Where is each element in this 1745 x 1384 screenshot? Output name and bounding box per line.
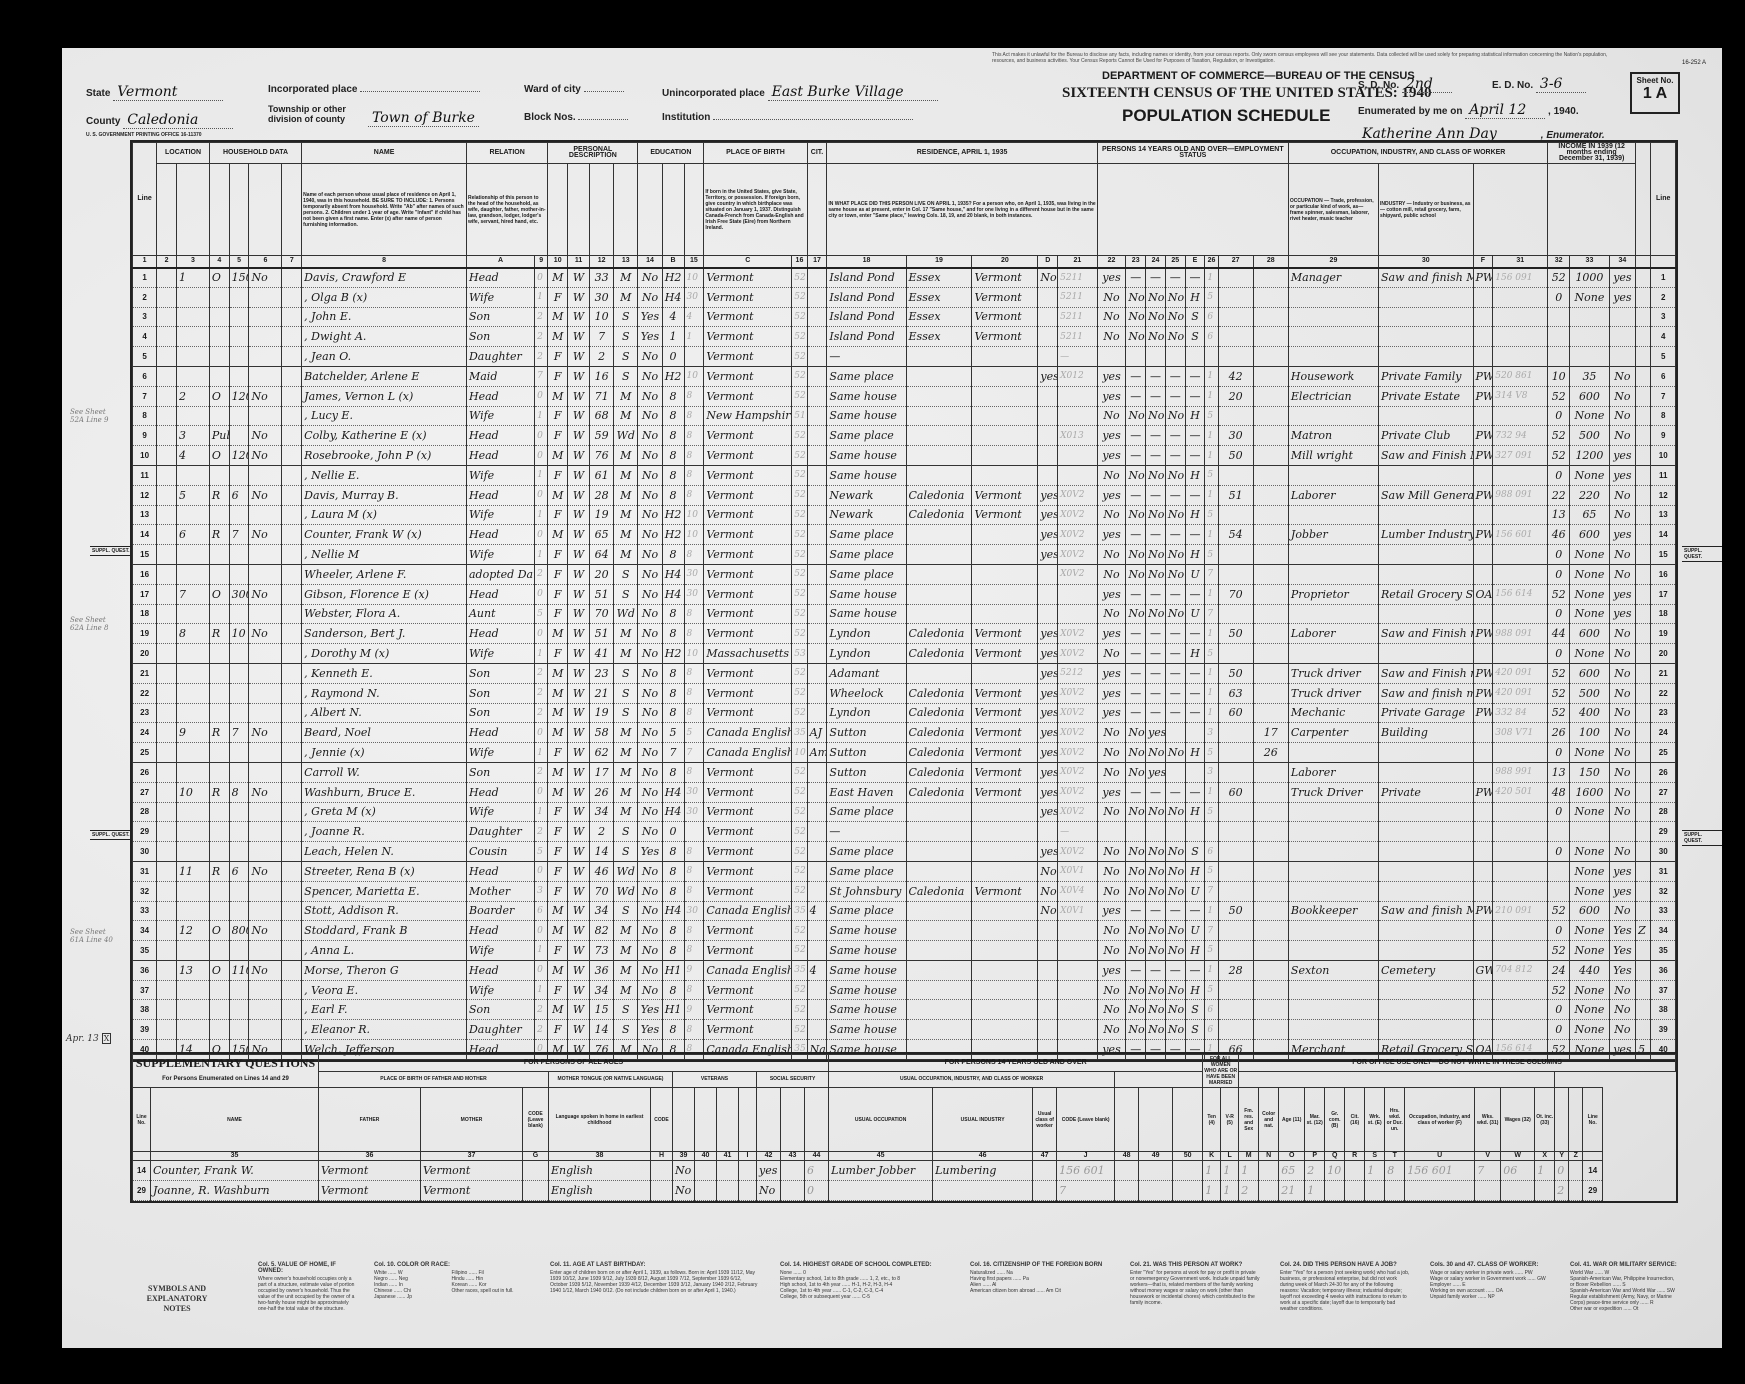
cell-class[interactable]: PW (1473, 782, 1493, 802)
cell-marital[interactable]: S (614, 1020, 638, 1040)
cell-age[interactable]: 70 (590, 604, 614, 624)
cell-code-a[interactable]: 2 (535, 327, 548, 347)
cell-res-county[interactable]: Essex (906, 307, 972, 327)
cell-c24[interactable]: No (1165, 921, 1185, 941)
cell-c25[interactable]: — (1185, 584, 1205, 604)
supp-cell-s[interactable] (1365, 1181, 1385, 1201)
cell-c27[interactable] (1253, 881, 1288, 901)
cell-code-a[interactable]: 1 (535, 941, 548, 961)
cell-c34[interactable] (1636, 802, 1651, 822)
cell-c24[interactable]: No (1165, 1020, 1185, 1040)
cell-owned[interactable] (209, 545, 229, 565)
cell-birth[interactable]: Vermont (704, 287, 792, 307)
cell-code-d[interactable]: X0V2 (1058, 782, 1098, 802)
cell-owned[interactable] (209, 683, 229, 703)
cell-grade[interactable]: 8 (662, 446, 684, 466)
cell-name[interactable]: Stott, Addison R. (302, 901, 467, 921)
cell-res-farm[interactable]: No (1038, 861, 1058, 881)
cell-c25[interactable]: H (1185, 802, 1205, 822)
cell-c24[interactable]: No (1165, 861, 1185, 881)
cell-other-income[interactable]: No (1609, 1020, 1635, 1040)
cell-farm[interactable] (249, 743, 282, 763)
cell-res-city[interactable]: Same house (827, 406, 906, 426)
cell-c34[interactable] (1636, 762, 1651, 782)
cell-farm[interactable] (249, 406, 282, 426)
cell-birth[interactable]: Vermont (704, 842, 792, 862)
cell-code-f[interactable]: 156 091 (1493, 268, 1548, 288)
cell-c23[interactable]: — (1146, 663, 1166, 683)
cell-grade[interactable]: 8 (662, 703, 684, 723)
cell-relation[interactable]: Head (466, 960, 534, 980)
cell-c26[interactable] (1218, 268, 1253, 288)
cell-school[interactable]: Yes (638, 327, 662, 347)
cell-farm[interactable]: No (249, 782, 282, 802)
cell-grade[interactable]: 8 (662, 762, 684, 782)
supp-cell-code-j[interactable]: 156 601 (1057, 1161, 1115, 1181)
cell-age[interactable]: 17 (590, 762, 614, 782)
cell-street[interactable] (157, 584, 177, 604)
cell-name[interactable]: Webster, Flora A. (302, 604, 467, 624)
cell-school[interactable]: No (638, 446, 662, 466)
cell-c27[interactable] (1253, 941, 1288, 961)
cell-age[interactable]: 36 (590, 960, 614, 980)
cell-occupation[interactable] (1288, 881, 1378, 901)
cell-occupation[interactable]: Sexton (1288, 960, 1378, 980)
cell-weeks[interactable]: 0 (1548, 545, 1570, 565)
cell-street[interactable] (157, 545, 177, 565)
cell-birth[interactable]: Vermont (704, 386, 792, 406)
cell-age[interactable]: 30 (590, 287, 614, 307)
cell-code-c[interactable]: 52 (792, 386, 807, 406)
cell-code-d[interactable] (1058, 465, 1098, 485)
cell-c22[interactable]: — (1126, 426, 1146, 446)
supp-cell-c43[interactable] (781, 1181, 805, 1201)
supp-cell-y[interactable]: 2 (1555, 1181, 1569, 1201)
cell-marital[interactable]: S (614, 366, 638, 386)
cell-rent-farm[interactable] (282, 1000, 302, 1020)
cell-rent-farm[interactable] (282, 960, 302, 980)
cell-class[interactable]: PW (1473, 624, 1493, 644)
cell-c25[interactable]: S (1185, 327, 1205, 347)
cell-rent-farm[interactable] (282, 564, 302, 584)
cell-weeks[interactable]: 0 (1548, 842, 1570, 862)
cell-code-b[interactable]: 30 (684, 287, 704, 307)
cell-farm[interactable] (249, 545, 282, 565)
cell-value[interactable] (229, 683, 249, 703)
cell-name[interactable]: , Lucy E. (302, 406, 467, 426)
cell-street[interactable] (157, 663, 177, 683)
cell-house[interactable] (176, 802, 209, 822)
supp-cell-name[interactable]: Joanne, R. Washburn (151, 1181, 319, 1201)
cell-c26[interactable] (1218, 822, 1253, 842)
supp-cell-z[interactable] (1569, 1181, 1583, 1201)
cell-c25[interactable]: — (1185, 703, 1205, 723)
cell-res-city[interactable]: Same house (827, 584, 906, 604)
cell-industry[interactable]: Saw Mill General helper (1379, 485, 1474, 505)
cell-res-farm[interactable]: yes (1038, 842, 1058, 862)
cell-c22[interactable]: No (1126, 802, 1146, 822)
cell-street[interactable] (157, 327, 177, 347)
cell-res-city[interactable]: Island Pond (827, 307, 906, 327)
cell-c26[interactable]: 28 (1218, 960, 1253, 980)
cell-grade[interactable]: H2 (662, 525, 684, 545)
cell-value[interactable]: 1500 (229, 268, 249, 288)
cell-occupation[interactable] (1288, 564, 1378, 584)
cell-res-city[interactable]: Same house (827, 604, 906, 624)
cell-weeks[interactable]: 52 (1548, 426, 1570, 446)
cell-grade[interactable]: 1 (662, 327, 684, 347)
cell-res-farm[interactable] (1038, 1020, 1058, 1040)
cell-race[interactable]: W (568, 465, 590, 485)
cell-industry[interactable]: Saw and Finish mill (1379, 663, 1474, 683)
cell-weeks[interactable] (1548, 822, 1570, 842)
cell-res-state[interactable] (972, 564, 1038, 584)
cell-c21[interactable]: No (1097, 802, 1126, 822)
cell-code-a[interactable]: 1 (535, 644, 548, 664)
cell-res-city[interactable]: — (827, 347, 906, 367)
cell-rent-farm[interactable] (282, 663, 302, 683)
cell-c23[interactable]: — (1146, 366, 1166, 386)
cell-res-state[interactable] (972, 822, 1038, 842)
cell-rent-farm[interactable] (282, 386, 302, 406)
cell-other-income[interactable]: No (1609, 703, 1635, 723)
cell-c23[interactable]: No (1146, 604, 1166, 624)
cell-res-city[interactable]: Adamant (827, 663, 906, 683)
supp-cell-u[interactable] (1405, 1181, 1475, 1201)
cell-citizen[interactable]: AJ (807, 723, 827, 743)
cell-res-farm[interactable] (1038, 386, 1058, 406)
cell-code-c[interactable]: 35 (792, 723, 807, 743)
cell-c27[interactable] (1253, 960, 1288, 980)
cell-street[interactable] (157, 307, 177, 327)
cell-street[interactable] (157, 604, 177, 624)
cell-wages[interactable]: 600 (1570, 901, 1610, 921)
cell-citizen[interactable] (807, 980, 827, 1000)
cell-code-d[interactable] (1058, 604, 1098, 624)
cell-rent-farm[interactable] (282, 604, 302, 624)
cell-age[interactable]: 2 (590, 822, 614, 842)
cell-c21[interactable]: No (1097, 881, 1126, 901)
cell-value[interactable] (229, 406, 249, 426)
cell-c22[interactable]: No (1126, 545, 1146, 565)
cell-res-county[interactable] (906, 861, 972, 881)
cell-birth[interactable]: Massachusetts (704, 644, 792, 664)
cell-code-b[interactable]: 10 (684, 505, 704, 525)
cell-birth[interactable]: Vermont (704, 881, 792, 901)
cell-occupation[interactable]: Carpenter (1288, 723, 1378, 743)
cell-age[interactable]: 28 (590, 485, 614, 505)
cell-marital[interactable]: S (614, 683, 638, 703)
cell-race[interactable]: W (568, 881, 590, 901)
cell-name[interactable]: Gibson, Florence E (x) (302, 584, 467, 604)
cell-c21[interactable]: No (1097, 842, 1126, 862)
cell-c24[interactable]: — (1165, 624, 1185, 644)
cell-c24[interactable]: — (1165, 268, 1185, 288)
cell-rent-farm[interactable] (282, 822, 302, 842)
cell-citizen[interactable] (807, 545, 827, 565)
cell-code-d[interactable] (1058, 980, 1098, 1000)
cell-code-b[interactable]: 8 (684, 881, 704, 901)
cell-code-d[interactable]: X0V2 (1058, 525, 1098, 545)
supp-cell-usual-industry[interactable]: Lumbering (933, 1161, 1033, 1181)
cell-c27[interactable] (1253, 822, 1288, 842)
cell-res-city[interactable]: Newark (827, 505, 906, 525)
supp-cell-s[interactable]: 1 (1365, 1161, 1385, 1181)
cell-street[interactable] (157, 921, 177, 941)
cell-code-b[interactable]: 30 (684, 584, 704, 604)
cell-c34[interactable] (1636, 822, 1651, 842)
cell-age[interactable]: 34 (590, 802, 614, 822)
cell-code-b[interactable]: 8 (684, 406, 704, 426)
cell-c25[interactable]: H (1185, 406, 1205, 426)
cell-farm[interactable] (249, 465, 282, 485)
cell-house[interactable]: 8 (176, 624, 209, 644)
cell-code-f[interactable] (1493, 406, 1548, 426)
cell-res-state[interactable]: Vermont (972, 762, 1038, 782)
cell-res-county[interactable] (906, 1000, 972, 1020)
cell-race[interactable]: W (568, 703, 590, 723)
cell-class[interactable]: PW (1473, 386, 1493, 406)
cell-relation[interactable]: Head (466, 268, 534, 288)
cell-code-a[interactable]: 1 (535, 743, 548, 763)
cell-code-c[interactable]: 52 (792, 465, 807, 485)
supp-cell-c42[interactable]: yes (757, 1161, 781, 1181)
cell-value[interactable] (229, 980, 249, 1000)
cell-code-a[interactable]: 0 (535, 446, 548, 466)
cell-birth[interactable]: Vermont (704, 941, 792, 961)
cell-school[interactable]: No (638, 941, 662, 961)
cell-farm[interactable] (249, 881, 282, 901)
cell-relation[interactable]: Head (466, 485, 534, 505)
cell-res-state[interactable]: Vermont (972, 723, 1038, 743)
cell-owned[interactable]: O (209, 960, 229, 980)
cell-c27[interactable] (1253, 465, 1288, 485)
cell-c25[interactable]: S (1185, 842, 1205, 862)
cell-school[interactable]: No (638, 584, 662, 604)
cell-school[interactable]: No (638, 644, 662, 664)
cell-house[interactable]: 13 (176, 960, 209, 980)
cell-farm[interactable]: No (249, 624, 282, 644)
cell-res-farm[interactable] (1038, 406, 1058, 426)
cell-other-income[interactable]: No (1609, 624, 1635, 644)
cell-code-a[interactable]: 0 (535, 624, 548, 644)
cell-c27[interactable] (1253, 1000, 1288, 1020)
cell-rent-farm[interactable] (282, 406, 302, 426)
cell-code-e[interactable]: 1 (1205, 782, 1218, 802)
cell-weeks[interactable]: 22 (1548, 485, 1570, 505)
cell-weeks[interactable]: 0 (1548, 1000, 1570, 1020)
cell-school[interactable]: No (638, 347, 662, 367)
supp-cell-usual-industry[interactable] (933, 1181, 1033, 1201)
cell-school[interactable]: No (638, 762, 662, 782)
cell-code-f[interactable] (1493, 545, 1548, 565)
cell-wages[interactable]: 100 (1570, 723, 1610, 743)
supp-cell-c41[interactable] (717, 1181, 739, 1201)
cell-c26[interactable] (1218, 545, 1253, 565)
cell-sex[interactable]: M (548, 901, 568, 921)
cell-c21[interactable]: yes (1097, 525, 1126, 545)
cell-wages[interactable] (1570, 327, 1610, 347)
cell-birth[interactable]: Vermont (704, 1020, 792, 1040)
cell-occupation[interactable]: Manager (1288, 268, 1378, 288)
cell-marital[interactable]: M (614, 268, 638, 288)
cell-res-state[interactable] (972, 663, 1038, 683)
cell-owned[interactable] (209, 347, 229, 367)
cell-house[interactable] (176, 505, 209, 525)
cell-name[interactable]: , Nellie M (302, 545, 467, 565)
cell-code-e[interactable]: 5 (1205, 287, 1218, 307)
cell-res-state[interactable]: Vermont (972, 287, 1038, 307)
cell-grade[interactable]: 8 (662, 941, 684, 961)
cell-code-b[interactable]: 8 (684, 980, 704, 1000)
cell-name[interactable]: , Laura M (x) (302, 505, 467, 525)
cell-code-e[interactable]: 1 (1205, 901, 1218, 921)
cell-wages[interactable]: 1000 (1570, 268, 1610, 288)
cell-citizen[interactable] (807, 683, 827, 703)
cell-c27[interactable] (1253, 901, 1288, 921)
cell-street[interactable] (157, 762, 177, 782)
cell-c23[interactable]: No (1146, 941, 1166, 961)
cell-res-county[interactable] (906, 663, 972, 683)
cell-code-c[interactable]: 52 (792, 1000, 807, 1020)
cell-house[interactable] (176, 366, 209, 386)
cell-c23[interactable]: No (1146, 743, 1166, 763)
cell-c24[interactable]: — (1165, 782, 1185, 802)
cell-c34[interactable] (1636, 426, 1651, 446)
cell-other-income[interactable]: No (1609, 980, 1635, 1000)
cell-occupation[interactable]: Mechanic (1288, 703, 1378, 723)
cell-industry[interactable]: Private Estate (1379, 386, 1474, 406)
cell-code-b[interactable]: 30 (684, 901, 704, 921)
cell-sex[interactable]: M (548, 663, 568, 683)
cell-house[interactable] (176, 762, 209, 782)
cell-code-f[interactable]: 988 991 (1493, 762, 1548, 782)
cell-occupation[interactable] (1288, 743, 1378, 763)
cell-other-income[interactable]: yes (1609, 446, 1635, 466)
cell-owned[interactable] (209, 366, 229, 386)
cell-owned[interactable] (209, 980, 229, 1000)
cell-c34[interactable] (1636, 268, 1651, 288)
cell-rent-farm[interactable] (282, 347, 302, 367)
cell-res-state[interactable] (972, 842, 1038, 862)
cell-code-e[interactable]: 5 (1205, 545, 1218, 565)
cell-code-c[interactable]: 52 (792, 307, 807, 327)
cell-code-e[interactable]: 1 (1205, 268, 1218, 288)
cell-c23[interactable]: No (1146, 287, 1166, 307)
cell-class[interactable]: PW (1473, 683, 1493, 703)
cell-res-state[interactable] (972, 901, 1038, 921)
cell-code-a[interactable]: 1 (535, 505, 548, 525)
cell-c27[interactable] (1253, 802, 1288, 822)
cell-industry[interactable]: Saw and finish mill (1379, 683, 1474, 703)
cell-c25[interactable]: — (1185, 426, 1205, 446)
cell-name[interactable]: Streeter, Rena B (x) (302, 861, 467, 881)
cell-c25[interactable]: — (1185, 386, 1205, 406)
cell-school[interactable]: No (638, 287, 662, 307)
cell-industry[interactable]: Private Family (1379, 366, 1474, 386)
cell-citizen[interactable] (807, 703, 827, 723)
cell-occupation[interactable]: Housework (1288, 366, 1378, 386)
cell-marital[interactable]: M (614, 644, 638, 664)
cell-code-f[interactable] (1493, 743, 1548, 763)
cell-birth[interactable]: Vermont (704, 663, 792, 683)
cell-c24[interactable]: — (1165, 960, 1185, 980)
cell-code-a[interactable]: 0 (535, 584, 548, 604)
supp-cell-q[interactable] (1325, 1181, 1345, 1201)
cell-other-income[interactable]: No (1609, 762, 1635, 782)
cell-c26[interactable] (1218, 1000, 1253, 1020)
cell-code-e[interactable]: 5 (1205, 802, 1218, 822)
cell-class[interactable] (1473, 921, 1493, 941)
cell-industry[interactable] (1379, 941, 1474, 961)
cell-c26[interactable]: 50 (1218, 663, 1253, 683)
cell-code-b[interactable]: 1 (684, 327, 704, 347)
cell-occupation[interactable] (1288, 842, 1378, 862)
cell-code-e[interactable]: 1 (1205, 683, 1218, 703)
cell-value[interactable] (229, 426, 249, 446)
cell-res-farm[interactable] (1038, 426, 1058, 446)
cell-occupation[interactable] (1288, 287, 1378, 307)
cell-house[interactable] (176, 1000, 209, 1020)
cell-birth[interactable]: Vermont (704, 525, 792, 545)
cell-weeks[interactable]: 52 (1548, 683, 1570, 703)
cell-other-income[interactable]: No (1609, 663, 1635, 683)
cell-birth[interactable]: Canada English (704, 901, 792, 921)
cell-street[interactable] (157, 1020, 177, 1040)
cell-c27[interactable] (1253, 327, 1288, 347)
cell-industry[interactable]: Retail Grocery Store (1379, 584, 1474, 604)
cell-house[interactable] (176, 465, 209, 485)
cell-grade[interactable]: 8 (662, 406, 684, 426)
cell-rent-farm[interactable] (282, 881, 302, 901)
cell-c25[interactable]: U (1185, 921, 1205, 941)
cell-other-income[interactable]: Yes (1609, 921, 1635, 941)
cell-c25[interactable]: — (1185, 485, 1205, 505)
cell-res-farm[interactable] (1038, 287, 1058, 307)
cell-c26[interactable] (1218, 347, 1253, 367)
cell-age[interactable]: 34 (590, 901, 614, 921)
cell-occupation[interactable]: Truck Driver (1288, 782, 1378, 802)
cell-other-income[interactable]: No (1609, 723, 1635, 743)
cell-relation[interactable]: Wife (466, 505, 534, 525)
cell-marital[interactable]: M (614, 762, 638, 782)
cell-name[interactable]: Davis, Murray B. (302, 485, 467, 505)
cell-c21[interactable]: yes (1097, 703, 1126, 723)
cell-res-city[interactable]: East Haven (827, 782, 906, 802)
cell-citizen[interactable] (807, 426, 827, 446)
cell-marital[interactable]: M (614, 485, 638, 505)
cell-industry[interactable] (1379, 287, 1474, 307)
cell-c26[interactable] (1218, 921, 1253, 941)
cell-rent-farm[interactable] (282, 465, 302, 485)
cell-weeks[interactable]: 0 (1548, 1020, 1570, 1040)
cell-relation[interactable]: Wife (466, 287, 534, 307)
cell-c26[interactable]: 50 (1218, 901, 1253, 921)
cell-relation[interactable]: Son (466, 1000, 534, 1020)
supp-cell-c48[interactable] (1115, 1161, 1139, 1181)
cell-code-d[interactable]: X0V2 (1058, 842, 1098, 862)
cell-c25[interactable]: H (1185, 861, 1205, 881)
cell-citizen[interactable] (807, 1020, 827, 1040)
cell-c22[interactable]: No (1126, 921, 1146, 941)
cell-citizen[interactable] (807, 941, 827, 961)
cell-res-city[interactable]: Sutton (827, 743, 906, 763)
cell-other-income[interactable] (1609, 347, 1635, 367)
cell-birth[interactable]: Vermont (704, 485, 792, 505)
cell-name[interactable]: , John E. (302, 307, 467, 327)
cell-code-d[interactable]: 5211 (1058, 268, 1098, 288)
cell-c24[interactable]: — (1165, 663, 1185, 683)
